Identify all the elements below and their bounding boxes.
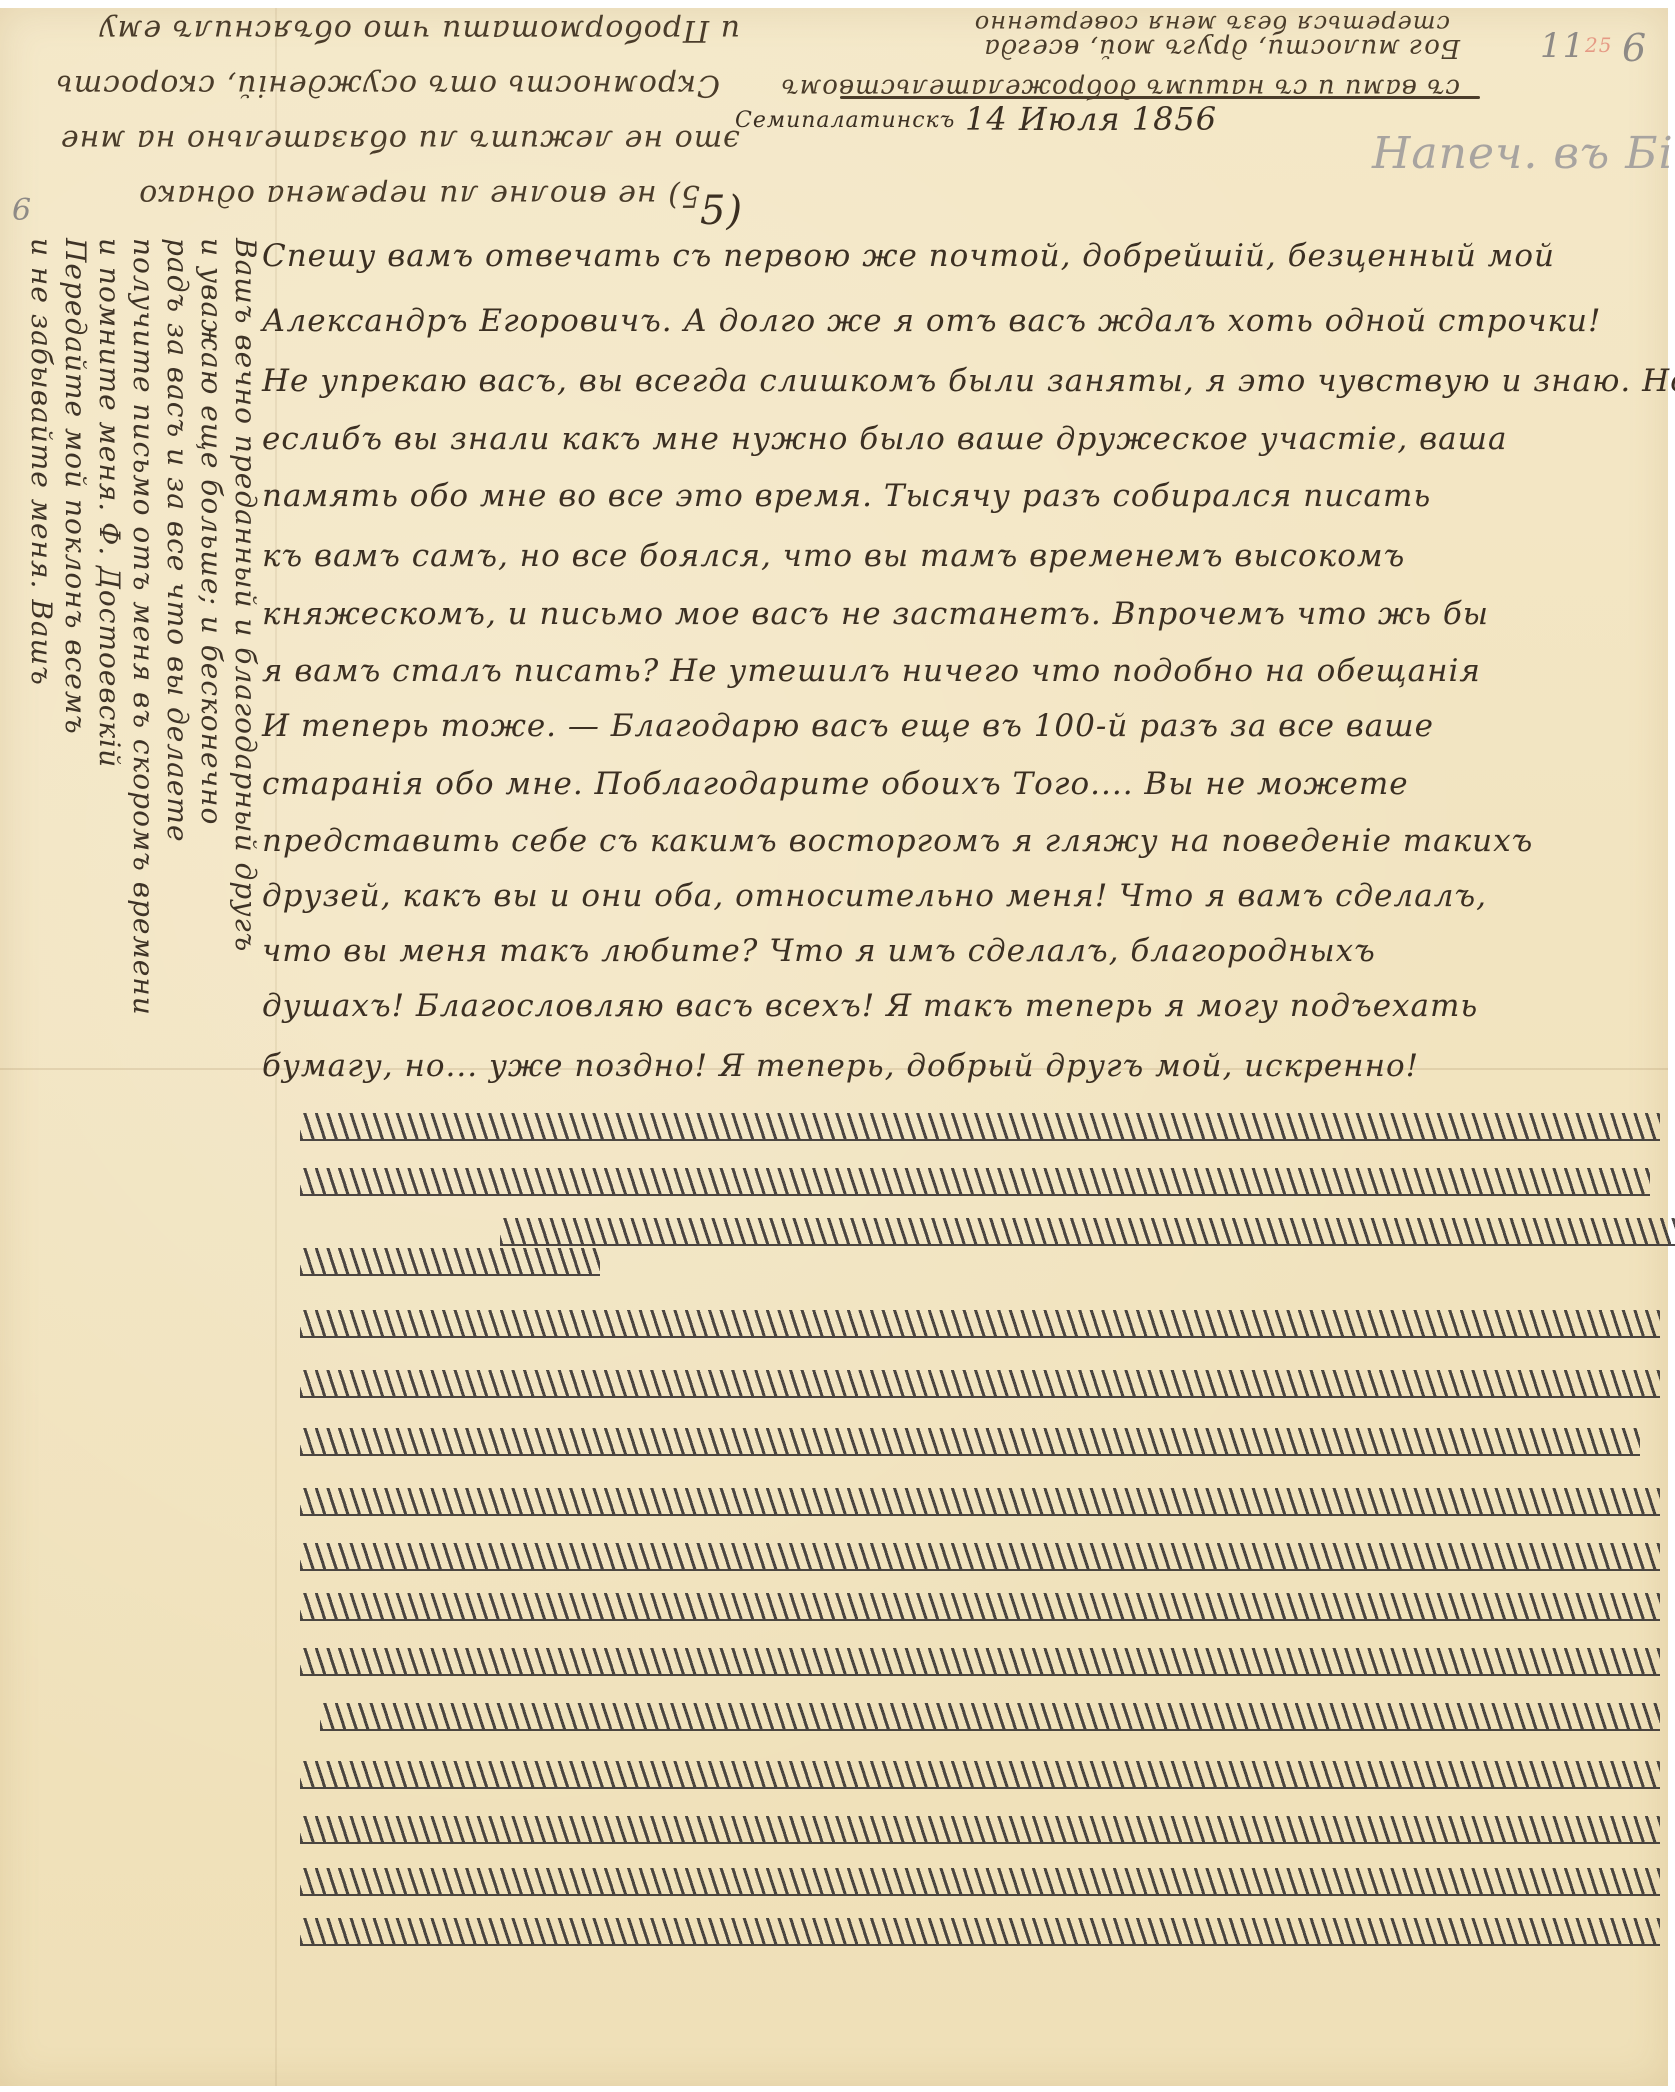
struck-out-line [300,1488,1660,1516]
section-number: 5) [700,188,743,234]
body-line: бумагу, но... уже поздно! Я теперь, добр… [262,1048,1419,1084]
vertical-margin-line: и не забывайте меня. Вашъ [25,238,58,686]
body-line: душахъ! Благословляю васъ всехъ! Я такъ … [262,988,1478,1024]
struck-out-line [300,1113,1660,1141]
inverted-margin-line: Скромность отъ осужденій, скорость [56,68,721,103]
struck-out-line [500,1218,1675,1246]
body-line: Не упрекаю васъ, вы всегда слишкомъ были… [262,363,1675,399]
inverted-margin-line: 5) не вполне ли перемена однако [138,178,700,213]
inverted-margin-line: и Пробормотати что объяснилъ ему [98,13,740,48]
body-line: старанія обо мне. Поблагодарите обоихъ Т… [262,766,1409,802]
struck-out-line [300,1168,1650,1196]
body-line: къ вамъ самъ, но все боялся, что вы тамъ… [262,538,1405,574]
body-line: княжескомъ, и письмо мое васъ не застане… [262,596,1489,632]
red-archive-stamp: 25 [1585,33,1612,57]
struck-out-line [320,1703,1660,1731]
inverted-margin-line: это не лежитъ ли обязательно на мне [60,123,740,158]
body-line: друзей, какъ вы и они оба, относительно … [262,878,1487,914]
body-line: я вамъ сталъ писать? Не утешилъ ничего ч… [262,653,1481,689]
vertical-margin-line: получите письмо отъ меня въ скоромъ врем… [127,238,160,1016]
struck-out-line [300,1648,1660,1676]
struck-out-line [300,1248,600,1276]
struck-out-line [300,1370,1660,1398]
body-line: еслибъ вы знали какъ мне нужно было ваше… [262,421,1507,457]
letter-page: и Пробормотати что объяснилъ ему Скромно… [0,8,1668,2086]
body-line: Спешу вамъ отвечать съ первою же почтой,… [262,238,1555,274]
vertical-margin-line: Передайте мой поклонъ всемъ [59,238,92,735]
page-number: 6 [1622,26,1647,70]
margin-number-left: 6 [12,193,32,228]
folio-number: 11 [1540,26,1585,66]
body-line: память обо мне во все это время. Тысячу … [262,478,1431,514]
vertical-margin-line: Вашъ вечно преданный и благодарный другъ [229,238,262,952]
vertical-margin-line: радъ за васъ и за все что вы делаете [161,238,194,843]
struck-out-line [300,1816,1660,1844]
body-line: что вы меня такъ любите? Что я имъ сдела… [262,933,1376,969]
body-line: представить себе съ какимъ восторгомъ я … [262,823,1533,859]
inverted-top-right-line: Бог милости, другъ мой, всегда [983,33,1460,63]
pencil-publication-note: Напеч. въ Біогр. [1372,128,1675,179]
body-line: Александръ Егоровичъ. А долго же я отъ в… [262,303,1601,339]
struck-out-line [300,1918,1660,1946]
body-line: И теперь тоже. — Благодарю васъ еще въ 1… [262,708,1434,744]
struck-out-line [300,1428,1640,1456]
letter-date: 14 Июля 1856 [965,100,1217,138]
vertical-margin-line: и помните меня. Ф. Достоевскій [93,238,126,768]
struck-out-line [300,1310,1660,1338]
header-underline [840,96,1480,99]
struck-out-line [300,1543,1660,1571]
struck-out-line [300,1868,1660,1896]
struck-out-line [300,1761,1660,1789]
vertical-margin-line: и уважаю еще больше; и бесконечно [195,238,228,825]
letter-place: Семипалатинскъ [735,108,955,133]
struck-out-line [300,1593,1660,1621]
